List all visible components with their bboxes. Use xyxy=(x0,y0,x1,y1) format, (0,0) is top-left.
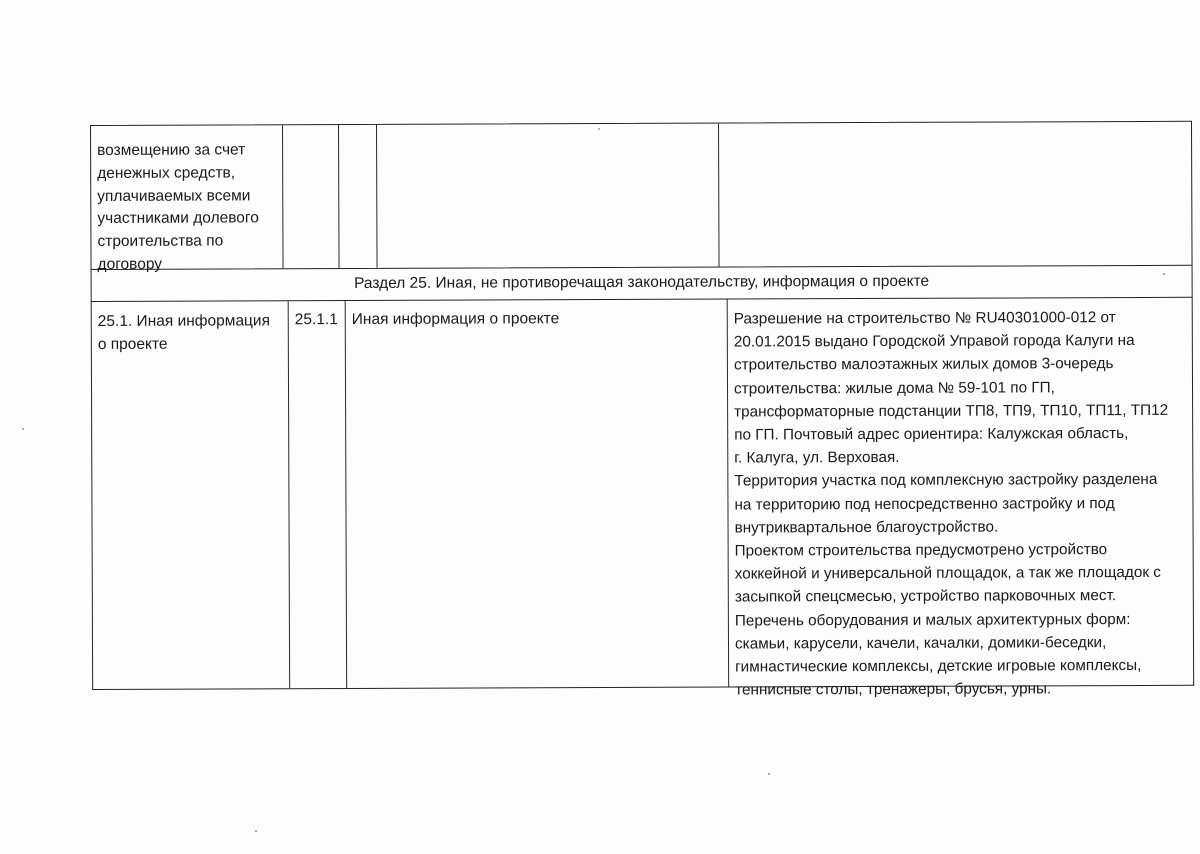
item-number-25-1-1: 25.1.1 xyxy=(288,301,346,688)
project-info-table: возмещению за счет денежных средств, упл… xyxy=(90,121,1194,690)
item-label-other-info: Иная информация о проекте xyxy=(345,300,728,688)
section-25-title: Раздел 25. Иная, не противоречащая закон… xyxy=(92,266,1192,301)
scan-speck xyxy=(22,428,24,430)
section-header-row: Раздел 25. Иная, не противоречащая закон… xyxy=(91,266,1193,302)
row-subnumber-cell-empty xyxy=(338,125,377,268)
row-item-label-cell-empty xyxy=(376,124,719,268)
table-row-continued: возмещению за счет денежных средств, упл… xyxy=(90,121,1193,270)
section-25-1-label: 25.1. Иная информация о проекте xyxy=(92,301,289,689)
row-value-cell-empty xyxy=(718,122,1192,267)
row-number-cell-empty xyxy=(282,125,339,268)
table-row-25-1: 25.1. Иная информация о проекте 25.1.1 И… xyxy=(91,298,1194,690)
scan-speck xyxy=(598,128,600,130)
scanned-page: возмещению за счет денежных средств, упл… xyxy=(0,0,1200,854)
row-label-continued: возмещению за счет денежных средств, упл… xyxy=(91,125,283,269)
item-value-other-info: Разрешение на строительство № RU40301000… xyxy=(727,298,1193,687)
scan-speck xyxy=(1163,273,1165,275)
scan-speck xyxy=(768,773,770,775)
scan-speck xyxy=(255,830,257,832)
